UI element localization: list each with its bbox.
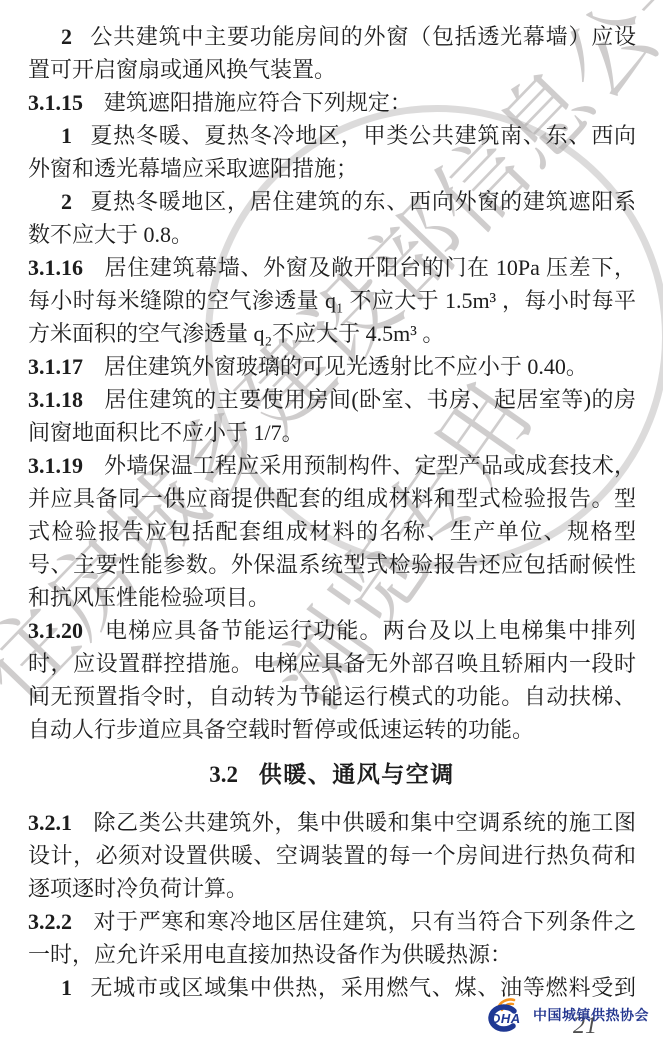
paragraph-text: 对于严寒和寒冷地区居住建筑，只有当符合下列条件之一时，应允许采用电直接加热设备作… bbox=[28, 909, 636, 967]
clause-paragraph: 3.2.2对于严寒和寒冷地区居住建筑，只有当符合下列条件之一时，应允许采用电直接… bbox=[28, 905, 636, 971]
paragraph-text: 居住建筑幕墙、外窗及敞开阳台的门在 10Pa 压差下，每小时每米缝隙的空气渗透量… bbox=[28, 255, 636, 346]
clause-number: 3.1.15 bbox=[28, 90, 83, 115]
section-heading-title: 供暖、通风与空调 bbox=[259, 761, 455, 787]
cdha-logo-mark-icon: DHA bbox=[478, 997, 530, 1033]
clause-number: 3.2.2 bbox=[28, 909, 72, 934]
paragraph-text: 外墙保温工程应采用预制构件、定型产品或成套技术，并应具备同一供应商提供配套的组成… bbox=[28, 453, 636, 610]
section-heading-number: 3.2 bbox=[209, 762, 238, 787]
paragraph-text: 夏热冬暖地区，居住建筑的东、西向外窗的建筑遮阳系数不应大于 0.8。 bbox=[28, 189, 636, 247]
clause-number: 3.1.19 bbox=[28, 453, 83, 478]
document-content: 2公共建筑中主要功能房间的外窗（包括透光幕墙）应设置可开启窗扇或通风换气装置。 … bbox=[0, 0, 663, 1004]
clause-paragraph: 3.1.19外墙保温工程应采用预制构件、定型产品或成套技术，并应具备同一供应商提… bbox=[28, 449, 636, 614]
paragraph-text: 居住建筑的主要使用房间(卧室、书房、起居室等)的房间窗地面积比不应小于 1/7。 bbox=[28, 387, 636, 445]
clause-number: 3.1.18 bbox=[28, 387, 83, 412]
clause-paragraph: 3.2.1除乙类公共建筑外，集中供暖和集中空调系统的施工图设计，必须对设置供暖、… bbox=[28, 806, 636, 905]
clause-number: 3.1.16 bbox=[28, 255, 83, 280]
paragraph-text: 公共建筑中主要功能房间的外窗（包括透光幕墙）应设置可开启窗扇或通风换气装置。 bbox=[28, 24, 636, 82]
document-page: 住房城乡建设部信息公开 浏览专用 2公共建筑中主要功能房间的外窗（包括透光幕墙）… bbox=[0, 0, 663, 1045]
paragraph-text: 电梯应具备节能运行功能。两台及以上电梯集中排列时，应设置群控措施。电梯应具备无外… bbox=[28, 618, 636, 742]
paragraph-text: 建筑遮阳措施应符合下列规定： bbox=[104, 90, 412, 115]
item-number: 1 bbox=[61, 123, 72, 148]
section-heading: 3.2供暖、通风与空调 bbox=[28, 758, 636, 791]
clause-number: 3.2.1 bbox=[28, 810, 72, 835]
numbered-item-paragraph: 1夏热冬暖、夏热冬冷地区，甲类公共建筑南、东、西向外窗和透光幕墙应采取遮阳措施； bbox=[28, 119, 636, 185]
cdha-logo: DHA 中国城镇供热协会 bbox=[478, 997, 649, 1033]
clause-paragraph: 3.1.18居住建筑的主要使用房间(卧室、书房、起居室等)的房间窗地面积比不应小… bbox=[28, 383, 636, 449]
numbered-item-paragraph: 2夏热冬暖地区，居住建筑的东、西向外窗的建筑遮阳系数不应大于 0.8。 bbox=[28, 185, 636, 251]
paragraph-text: 夏热冬暖、夏热冬冷地区，甲类公共建筑南、东、西向外窗和透光幕墙应采取遮阳措施； bbox=[28, 123, 636, 181]
item-number: 2 bbox=[61, 189, 72, 214]
paragraph-text: 除乙类公共建筑外，集中供暖和集中空调系统的施工图设计，必须对设置供暖、空调装置的… bbox=[28, 810, 636, 901]
association-name: 中国城镇供热协会 bbox=[533, 1005, 649, 1025]
clause-number: 3.1.20 bbox=[28, 618, 83, 643]
clause-paragraph: 3.1.20电梯应具备节能运行功能。两台及以上电梯集中排列时，应设置群控措施。电… bbox=[28, 614, 636, 746]
page-footer: 21 DHA 中国城镇供热协会 bbox=[419, 997, 649, 1041]
paragraph-text: 居住建筑外窗玻璃的可见光透射比不应小于 0.40。 bbox=[104, 354, 588, 379]
clause-paragraph: 3.1.17居住建筑外窗玻璃的可见光透射比不应小于 0.40。 bbox=[28, 350, 636, 383]
item-number: 1 bbox=[61, 975, 72, 1000]
clause-number: 3.1.17 bbox=[28, 354, 83, 379]
clause-paragraph: 3.1.16居住建筑幕墙、外窗及敞开阳台的门在 10Pa 压差下，每小时每米缝隙… bbox=[28, 251, 636, 350]
item-number: 2 bbox=[61, 24, 72, 49]
numbered-item-paragraph: 2公共建筑中主要功能房间的外窗（包括透光幕墙）应设置可开启窗扇或通风换气装置。 bbox=[28, 20, 636, 86]
logo-acronym: DHA bbox=[491, 1011, 521, 1026]
clause-paragraph: 3.1.15建筑遮阳措施应符合下列规定： bbox=[28, 86, 636, 119]
